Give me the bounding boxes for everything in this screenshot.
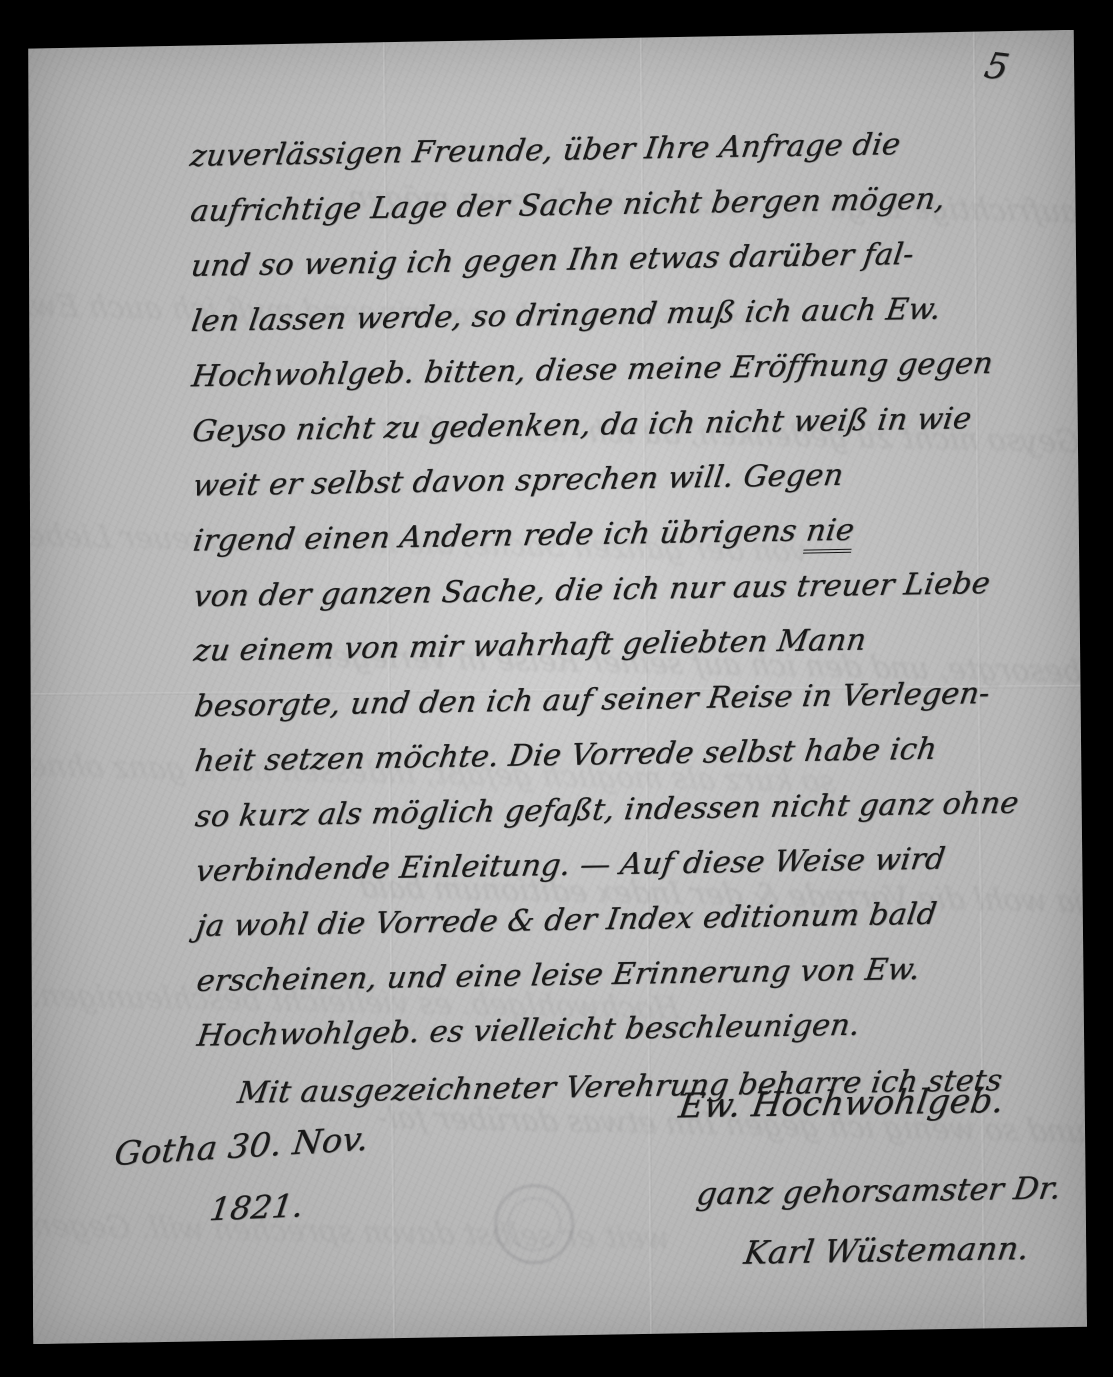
handwriting-line: Geyso nicht zu gedenken, da ich nicht we…: [190, 401, 974, 449]
handwriting-line: heit setzen möchte. Die Vorrede selbst h…: [193, 732, 940, 779]
closing-salutation: Ew. Hochwohlgeb.: [676, 1081, 1006, 1126]
dateline-place: Gotha 30. Nov.: [112, 1119, 370, 1173]
handwriting-line-text: irgend einen Andern rede ich übrigens: [191, 514, 809, 559]
handwriting-line: von der ganzen Sache, die ich nur aus tr…: [191, 566, 992, 614]
library-stamp-inner: [507, 1197, 561, 1251]
handwriting-line: ja wohl die Vorrede & der Index editionu…: [194, 897, 939, 944]
handwriting-line: besorgte, und den ich auf seiner Reise i…: [192, 676, 992, 724]
handwriting-line: irgend einen Andern rede ich übrigens ni…: [191, 513, 857, 559]
handwriting-line: zuverlässigen Freunde, über Ihre Anfrage…: [188, 127, 903, 174]
underlined-word: nie: [803, 513, 856, 554]
handwriting-line: len lassen werde, so dringend muß ich au…: [189, 292, 943, 339]
valediction: ganz gehorsamster Dr.: [694, 1170, 1063, 1212]
handwriting-line: so kurz als möglich gefaßt, indessen nic…: [193, 786, 1021, 835]
signature: Karl Wüstemann.: [742, 1229, 1032, 1272]
library-stamp: [494, 1184, 575, 1265]
handwriting-line: Hochwohlgeb. es vielleicht beschleunigen…: [195, 1008, 862, 1054]
handwriting-line: weit er selbst davon sprechen will. Gege…: [190, 458, 845, 504]
handwriting-line: zu einem von mir wahrhaft geliebten Mann: [192, 623, 869, 669]
handwriting-line: verbindende Einleitung. — Auf diese Weis…: [193, 842, 947, 889]
dateline-year: 1821.: [207, 1186, 306, 1228]
letter-page: aufrichtige Lage der Sache nicht bergen …: [23, 30, 1087, 1344]
scanner-background: aufrichtige Lage der Sache nicht bergen …: [0, 0, 1113, 1377]
handwriting-line: erscheinen, und eine leise Erinnerung vo…: [194, 952, 922, 999]
handwriting-line: und so wenig ich gegen Ihn etwas darüber…: [189, 237, 917, 284]
page-number: 5: [981, 46, 1013, 89]
handwriting-line: aufrichtige Lage der Sache nicht bergen …: [188, 182, 947, 230]
handwriting-line: Hochwohlgeb. bitten, diese meine Eröffnu…: [190, 346, 996, 394]
